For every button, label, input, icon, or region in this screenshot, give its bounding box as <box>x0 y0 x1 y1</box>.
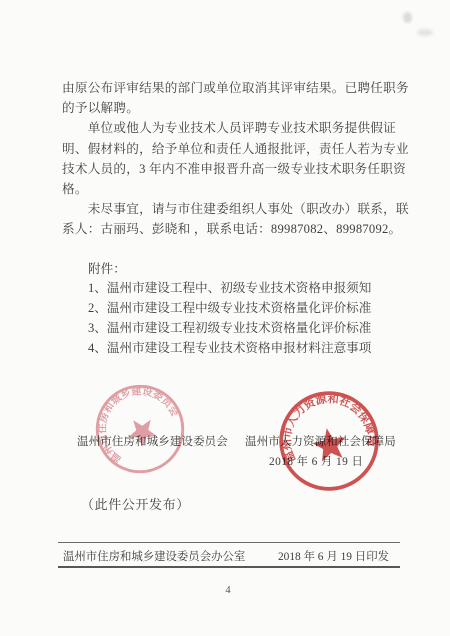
attachments-list: 1、温州市建设工程中、初级专业技术资格申报须知2、温州市建设工程中级专业技术资格… <box>88 278 408 358</box>
footer-issuer: 温州市住房和城乡建设委员会办公室 <box>63 548 245 564</box>
footer-print-date: 2018 年 6 月 19 日印发 <box>278 548 389 564</box>
body-line: 系人：古丽玛、彭晓和 ，联系电话：89987082、89987092。 <box>62 219 396 239</box>
document-page: 由原公布评审结果的部门或单位取消其评审结果。已聘任职务的予以解聘。 单位或他人为… <box>0 0 450 636</box>
attachments-label: 附件： <box>88 258 126 277</box>
body-paragraphs: 由原公布评审结果的部门或单位取消其评审结果。已聘任职务的予以解聘。 单位或他人为… <box>62 78 396 240</box>
body-line: 未尽事宜，请与市住建委组织人事处（职改办）联系，联 <box>62 199 396 219</box>
body-line: 单位或他人为专业技术人员评聘专业技术职务提供假证 <box>62 118 396 138</box>
public-release-note: （此件公开发布） <box>81 494 190 513</box>
attachment-item: 4、温州市建设工程专业技术资格申报材料注意事项 <box>88 338 408 358</box>
body-line: 的予以解聘。 <box>62 98 396 118</box>
footer-row: 温州市住房和城乡建设委员会办公室 2018 年 6 月 19 日印发 <box>63 548 389 564</box>
body-line: 明、假材料的，给予单位和责任人通报批评，责任人若为专业 <box>62 139 396 159</box>
attachment-item: 1、温州市建设工程中、初级专业技术资格申报须知 <box>88 278 408 298</box>
body-line: 技术人员的，3 年内不准申报晋升高一级专业技术职务任职资 <box>62 159 396 179</box>
left-official-seal-icon: 温州市住房和城乡建设委员会 <box>73 362 208 497</box>
scan-artifact <box>417 29 433 36</box>
footer-bottom-rule <box>58 566 400 568</box>
right-official-seal-icon: 温州市人力资源和社会保障局 <box>269 381 389 501</box>
svg-text:温州市住房和城乡建设委员会: 温州市住房和城乡建设委员会 <box>77 366 184 468</box>
attachment-item: 3、温州市建设工程初级专业技术资格量化评价标准 <box>88 318 408 338</box>
scan-artifact <box>403 12 412 23</box>
seal-star-icon <box>310 425 349 462</box>
seal-arc-text: 温州市住房和城乡建设委员会 <box>77 366 184 468</box>
body-line: 格。 <box>62 179 396 199</box>
seal-star-icon <box>122 412 161 451</box>
page-number: 4 <box>215 585 241 596</box>
attachment-item: 2、温州市建设工程中级专业技术资格量化评价标准 <box>88 298 408 318</box>
footer-top-rule <box>58 542 400 543</box>
body-line: 由原公布评审结果的部门或单位取消其评审结果。已聘任职务 <box>62 78 396 98</box>
